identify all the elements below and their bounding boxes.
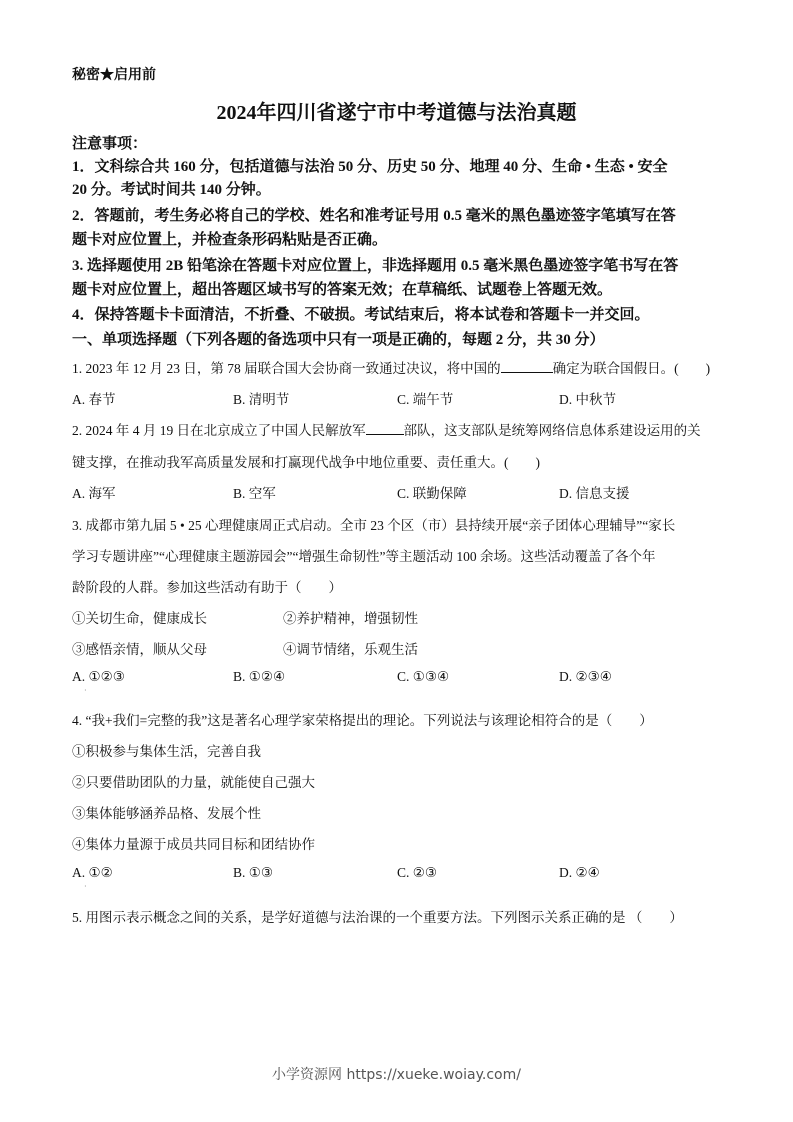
notice-line: 题卡对应位置上，并检查条形码粘贴是否正确。 xyxy=(72,228,387,249)
statement-3: ③集体能够涵养品格、发展个性 xyxy=(72,802,261,822)
option-a: A. ①②③ xyxy=(72,669,125,685)
statement-4: ④集体力量源于成员共同目标和团结协作 xyxy=(72,833,315,853)
answer-blank xyxy=(501,360,553,373)
question-2-stem: 2. 2024 年 4 月 19 日在北京成立了中国人民解放军部队，这支部队是统… xyxy=(72,419,701,439)
question-1-stem-part-b: 确定为联合国假日。( ) xyxy=(553,361,711,376)
page-title: 2024年四川省遂宁市中考道德与法治真题 xyxy=(0,96,793,125)
watermark-footer: 小学资源网 https://xueke.woiay.com/ xyxy=(0,1064,793,1084)
question-5-stem-line: 5. 用图示表示概念之间的关系，是学好道德与法治课的一个重要方法。下列图示关系正… xyxy=(72,906,683,926)
option-b: B. ①②④ xyxy=(233,669,285,685)
statement-1: ①关切生命，健康成长 xyxy=(72,607,207,627)
question-3-stem-line: 龄阶段的人群。参加这些活动有助于（ ） xyxy=(72,576,342,596)
answer-blank xyxy=(366,422,404,435)
option-d: D. 信息支援 xyxy=(559,482,630,502)
question-2-stem-part-b: 部队，这支部队是统筹网络信息体系建设运用的关 xyxy=(404,423,701,438)
section-heading: 一、单项选择题（下列各题的备选项中只有一项是正确的，每题 2 分，共 30 分） xyxy=(72,328,605,349)
notice-line: 2．答题前，考生务必将自己的学校、姓名和准考证号用 0.5 毫米的黑色墨迹签字笔… xyxy=(72,204,676,225)
stray-mark: · xyxy=(84,882,87,891)
option-d: D. ②③④ xyxy=(559,669,612,685)
option-c: C. ②③ xyxy=(397,865,437,881)
statement-1: ①积极参与集体生活，完善自我 xyxy=(72,740,261,760)
question-2-stem-part-a: 2. 2024 年 4 月 19 日在北京成立了中国人民解放军 xyxy=(72,423,366,438)
statement-2: ②只要借助团队的力量，就能使自己强大 xyxy=(72,771,315,791)
option-a: A. ①② xyxy=(72,865,113,881)
option-b: B. 清明节 xyxy=(233,388,289,408)
option-b: B. ①③ xyxy=(233,865,273,881)
stray-mark: · xyxy=(84,686,87,695)
notice-line: 20 分。考试时间共 140 分钟。 xyxy=(72,178,271,199)
statement-4: ④调节情绪，乐观生活 xyxy=(283,638,418,658)
statement-3: ③感悟亲情，顺从父母 xyxy=(72,638,207,658)
option-b: B. 空军 xyxy=(233,482,276,502)
notice-line: 1．文科综合共 160 分，包括道德与法治 50 分、历史 50 分、地理 40… xyxy=(72,155,668,176)
option-c: C. ①③④ xyxy=(397,669,449,685)
question-3-stem-line: 学习专题讲座”“心理健康主题游园会”“增强生命韧性”等主题活动 100 余场。这… xyxy=(72,545,655,565)
question-3-stem-line: 3. 成都市第九届 5 • 25 心理健康周正式启动。全市 23 个区（市）县持… xyxy=(72,514,675,534)
question-2-stem-line: 键支撑，在推动我军高质量发展和打赢现代战争中地位重要、责任重大。( ) xyxy=(72,451,540,471)
option-d: D. 中秋节 xyxy=(559,388,616,408)
confidential-label: 秘密★启用前 xyxy=(72,64,156,84)
option-a: A. 海军 xyxy=(72,482,116,502)
notice-line: 3. 选择题使用 2B 铅笔涂在答题卡对应位置上，非选择题用 0.5 毫米黑色墨… xyxy=(72,254,678,275)
question-1-stem: 1. 2023 年 12 月 23 日，第 78 届联合国大会协商一致通过决议，… xyxy=(72,357,710,377)
option-c: C. 端午节 xyxy=(397,388,453,408)
question-1-stem-part-a: 1. 2023 年 12 月 23 日，第 78 届联合国大会协商一致通过决议，… xyxy=(72,361,501,376)
statement-2: ②养护精神，增强韧性 xyxy=(283,607,418,627)
notice-line: 4．保持答题卡卡面清洁，不折叠、不破损。考试结束后，将本试卷和答题卡一并交回。 xyxy=(72,303,650,324)
question-4-stem-line: 4. “我+我们=完整的我”这是著名心理学家荣格提出的理论。下列说法与该理论相符… xyxy=(72,709,653,729)
option-a: A. 春节 xyxy=(72,388,116,408)
notice-heading: 注意事项： xyxy=(72,132,147,153)
notice-line: 题卡对应位置上，超出答题区域书写的答案无效；在草稿纸、试题卷上答题无效。 xyxy=(72,278,612,299)
option-c: C. 联勤保障 xyxy=(397,482,467,502)
option-d: D. ②④ xyxy=(559,865,600,881)
